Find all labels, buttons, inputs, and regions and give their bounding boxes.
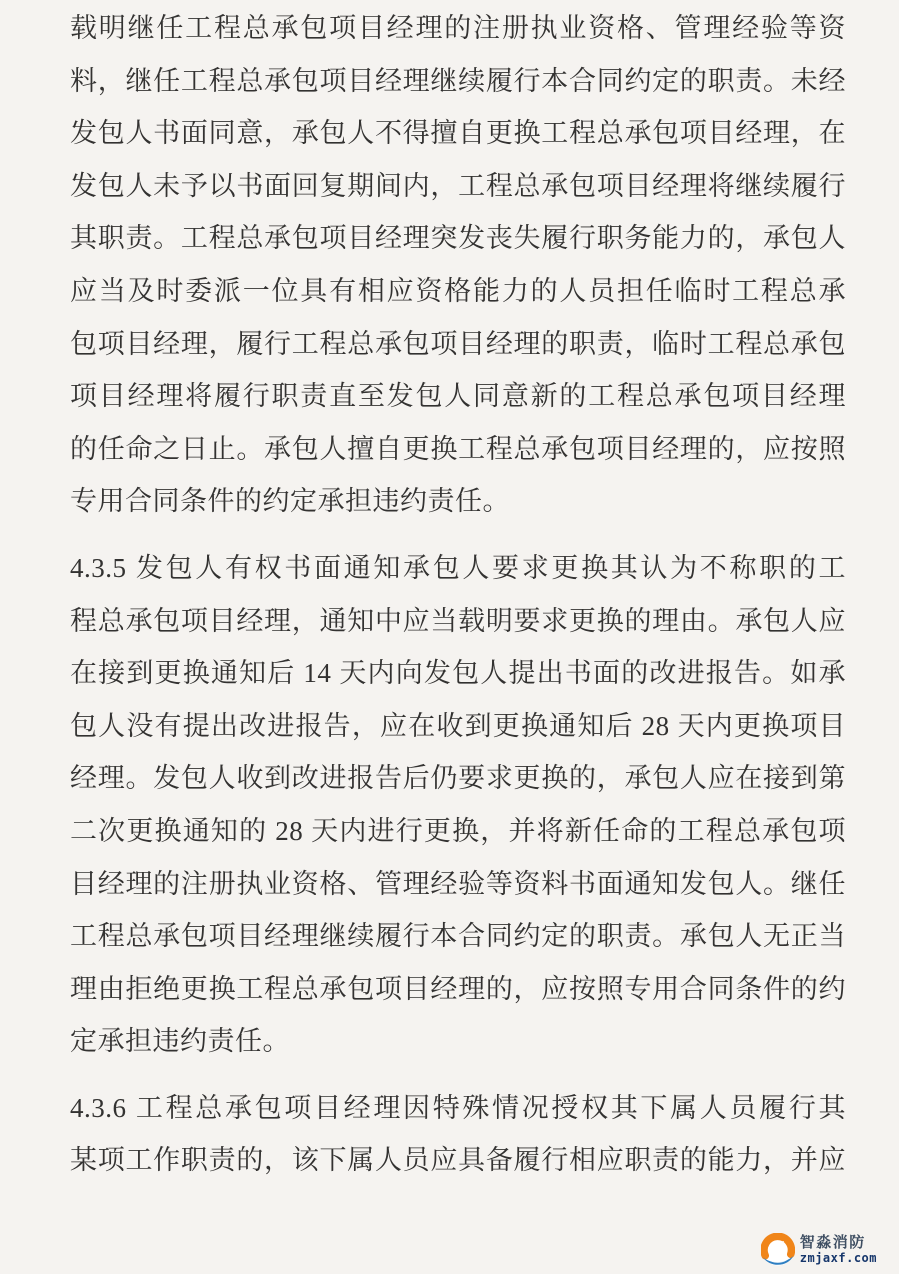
text-line: 目经理的注册执业资格、管理经验等资料书面通知发包人。继任 bbox=[70, 858, 846, 911]
text-line: 理由拒绝更换工程总承包项目经理的，应按照专用合同条件的约 bbox=[70, 963, 846, 1016]
clause-4-3-6: 4.3.6 工程总承包项目经理因特殊情况授权其下属人员履行其某项工作职责的，该下… bbox=[70, 1082, 846, 1187]
continuation-paragraph: 载明继任工程总承包项目经理的注册执业资格、管理经验等资料，继任工程总承包项目经理… bbox=[70, 2, 846, 528]
contract-text: 载明继任工程总承包项目经理的注册执业资格、管理经验等资料，继任工程总承包项目经理… bbox=[70, 2, 846, 1187]
brand-name: 智淼消防 bbox=[800, 1235, 877, 1252]
text-line: 载明继任工程总承包项目经理的注册执业资格、管理经验等资 bbox=[70, 2, 846, 55]
brand-domain: zmjaxf.com bbox=[800, 1252, 877, 1265]
text-line: 4.3.5 发包人有权书面通知承包人要求更换其认为不称职的工 bbox=[70, 542, 846, 595]
brand-watermark: 智淼消防 zmjaxf.com bbox=[761, 1233, 877, 1267]
text-line: 工程总承包项目经理继续履行本合同约定的职责。承包人无正当 bbox=[70, 910, 846, 963]
text-line: 料，继任工程总承包项目经理继续履行本合同约定的职责。未经 bbox=[70, 55, 846, 108]
text-line: 发包人未予以书面回复期间内，工程总承包项目经理将继续履行 bbox=[70, 160, 846, 213]
text-line: 发包人书面同意，承包人不得擅自更换工程总承包项目经理，在 bbox=[70, 107, 846, 160]
text-line: 专用合同条件的约定承担违约责任。 bbox=[70, 475, 846, 528]
text-line: 某项工作职责的，该下属人员应具备履行相应职责的能力，并应 bbox=[70, 1134, 846, 1187]
text-line: 应当及时委派一位具有相应资格能力的人员担任临时工程总承 bbox=[70, 265, 846, 318]
brand-logo-icon bbox=[761, 1233, 795, 1267]
text-line: 经理。发包人收到改进报告后仍要求更换的，承包人应在接到第 bbox=[70, 752, 846, 805]
text-line: 的任命之日止。承包人擅自更换工程总承包项目经理的，应按照 bbox=[70, 423, 846, 476]
text-line: 4.3.6 工程总承包项目经理因特殊情况授权其下属人员履行其 bbox=[70, 1082, 846, 1135]
text-line: 项目经理将履行职责直至发包人同意新的工程总承包项目经理 bbox=[70, 370, 846, 423]
text-line: 包人没有提出改进报告，应在收到更换通知后 28 天内更换项目 bbox=[70, 700, 846, 753]
text-line: 其职责。工程总承包项目经理突发丧失履行职务能力的，承包人 bbox=[70, 212, 846, 265]
text-line: 在接到更换通知后 14 天内向发包人提出书面的改进报告。如承 bbox=[70, 647, 846, 700]
text-line: 包项目经理，履行工程总承包项目经理的职责，临时工程总承包 bbox=[70, 318, 846, 371]
document-page: 载明继任工程总承包项目经理的注册执业资格、管理经验等资料，继任工程总承包项目经理… bbox=[0, 0, 899, 1274]
text-line: 定承担违约责任。 bbox=[70, 1015, 846, 1068]
clause-4-3-5: 4.3.5 发包人有权书面通知承包人要求更换其认为不称职的工程总承包项目经理，通… bbox=[70, 542, 846, 1068]
text-line: 二次更换通知的 28 天内进行更换，并将新任命的工程总承包项 bbox=[70, 805, 846, 858]
brand-text: 智淼消防 zmjaxf.com bbox=[800, 1235, 877, 1266]
text-line: 程总承包项目经理，通知中应当载明要求更换的理由。承包人应 bbox=[70, 595, 846, 648]
